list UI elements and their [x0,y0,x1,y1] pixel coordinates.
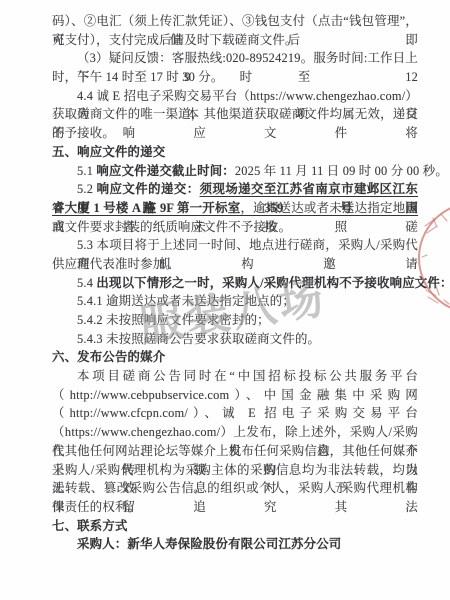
text-line: 采购人/采购代理机构为采购主体的采购信息均为非法转载，均为无效。对于非 [52,461,418,480]
document-page: 码）、②电汇（须上传汇款凭证）、③钱包支付（点击“钱包管理”，充值后即可支付），… [0,0,450,600]
text-line: 5.4.3 未按照磋商公告要求获取磋商文件的。 [52,330,418,349]
text-line: 5.3 本项目将于上述同一时间、地点进行磋商，采购人/采购代理机构邀请 [52,236,418,255]
text-line: 4.4 诚 E 招电子采购交易平台（https://www.chengezhao… [52,87,418,106]
text-segment: 睿大厦 1 号楼 A 座 9F 第一开标室 [52,201,240,215]
text-segment: 本项目磋商公告同时在“中国招标投标公共服务平台 [77,369,418,383]
document-text: 码）、②电汇（须上传汇款凭证）、③钱包支付（点击“钱包管理”，充值后即可支付），… [52,12,418,554]
text-line: 七、联系方式 [52,517,418,536]
text-line: 本项目磋商公告同时在“中国招标投标公共服务平台 [52,367,418,386]
text-line: （https://www.chengezhao.com/）上发布，除上述外，采购… [52,423,418,442]
text-line: （http://www.cebpubservice.com）、中国金融集中采购网 [52,386,418,405]
text-segment: 不予接收。 [52,126,115,140]
text-line: 码）、②电汇（须上传汇款凭证）、③钱包支付（点击“钱包管理”，充值后即 [52,12,418,31]
text-line: （http://www.cfcpn.com/）、诚 E 招电子采购交易平台 [52,404,418,423]
text-segment: 商文件要求封装的纸质响应文件不予接收。 [52,220,291,234]
text-line: 五、响应文件的递交 [52,143,418,162]
text-line: 5.4 出现以下情形之一时，采购人/采购代理机构不予接收响应文件： [52,274,418,293]
text-segment: 律责任的权利。 [52,500,140,514]
text-segment: 5.4.2 未按照响应文件要求密封的； [77,313,270,327]
text-segment: 采购人：新华人寿保险股份有限公司江苏分公司 [77,537,341,551]
text-segment: 可支付），支付完成后请及时下载磋商文件。 [52,33,298,47]
text-line: 采购人：新华人寿保险股份有限公司江苏分公司 [52,535,418,554]
text-segment: 出现以下情形之一时，采购人/采购代理机构不予接收响应文件： [96,276,450,290]
text-segment: 供应商代表准时参加。 [52,257,178,271]
text-line: 法转载、篡改采购公告信息的组织或个人，采购人/采购代理机构保留追究其法 [52,479,418,498]
text-line: 在其他任何网站、论坛等媒介上发布任何采购信息，其他任何媒介上转载的、以 [52,442,418,461]
text-segment: （http://www.cfcpn.com/）、诚 E 招电子采购交易平台 [52,406,418,420]
text-segment: 七、联系方式 [52,519,128,533]
text-segment: 5.4 [77,276,96,290]
text-segment: 5.2 [77,182,97,196]
text-segment: 时，下午 14 时至 17 时 30 分。 [52,70,223,84]
text-line: 睿大厦 1 号楼 A 座 9F 第一开标室，逾期送达或者未送达指定地点或者未按照… [52,199,418,218]
text-segment: 5.4.3 未按照磋商公告要求获取磋商文件的。 [77,332,320,346]
text-segment: 响应文件的递交： [97,182,200,196]
red-seal-icon [416,200,450,320]
text-segment: 响应文件递交截止时间： [96,164,235,178]
text-line: 5.1 响应文件递交截止时间：2025 年 11 月 11 日 09 时 00 … [52,162,418,181]
text-line: 六、发布公告的媒介 [52,348,418,367]
text-line: 5.4.1 逾期送达或者未送达指定地点的； [52,292,418,311]
text-segment: 5.1 [77,164,96,178]
text-segment: 2025 年 11 月 11 日 09 时 00 分 00 秒。 [235,164,448,178]
text-segment: 五、响应文件的递交 [52,145,165,159]
text-segment: 六、发布公告的媒介 [52,350,165,364]
text-line: 5.4.2 未按照响应文件要求密封的； [52,311,418,330]
text-line: （3）疑问反馈：客服热线:020-89524219。服务时间:工作日上午 9 时… [52,49,418,68]
text-line: 获取磋商文件的唯一渠道，其他渠道获取磋商文件均属无效，递交的响应文件将 [52,105,418,124]
text-segment: 5.4.1 逾期送达或者未送达指定地点的； [77,294,295,308]
text-segment: （http://www.cebpubservice.com）、中国金融集中采购网 [52,388,418,402]
text-line: 5.2 响应文件的递交：须现场递交至江苏省南京市建邺区江东中路 359 号国 [52,180,418,199]
